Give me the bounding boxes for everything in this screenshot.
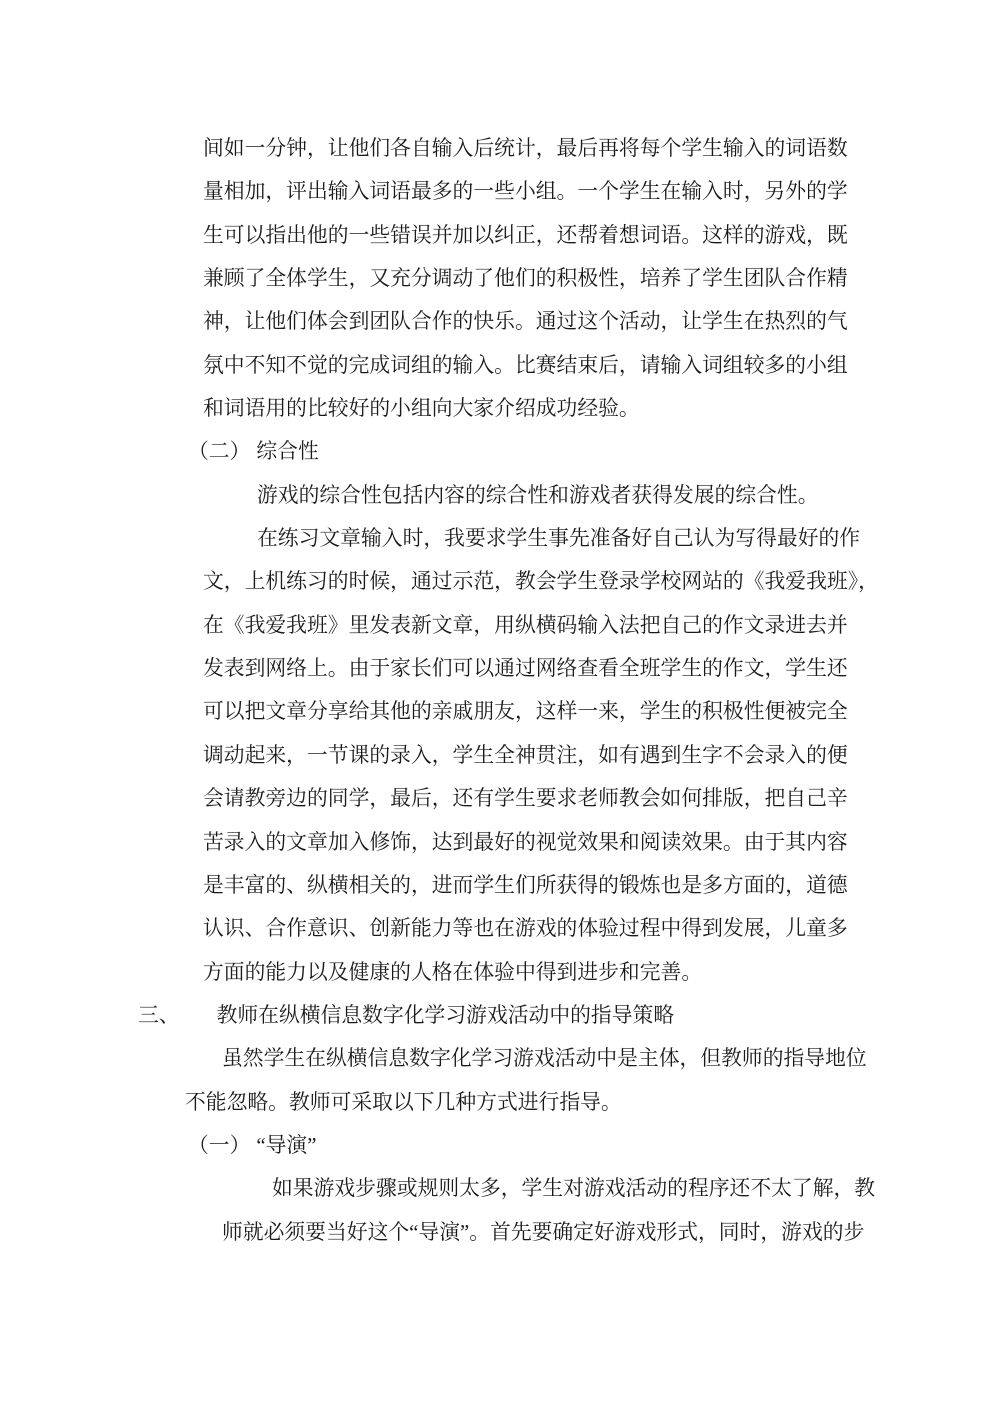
text-line: 文，上机练习的时候，通过示范，教会学生登录学校网站的《我爱我班》， xyxy=(0,560,992,603)
text-line: 发表到网络上。由于家长们可以通过网络查看全班学生的作文，学生还 xyxy=(0,647,992,690)
text-line: 方面的能力以及健康的人格在体验中得到进步和完善。 xyxy=(0,951,992,994)
text-line: 虽然学生在纵横信息数字化学习游戏活动中是主体，但教师的指导地位 xyxy=(0,1037,992,1080)
text-line: 在练习文章输入时，我要求学生事先准备好自己认为写得最好的作 xyxy=(0,517,992,560)
text-line: 调动起来，一节课的录入，学生全神贯注，如有遇到生字不会录入的便 xyxy=(0,734,992,777)
text-line: 生可以指出他的一些错误并加以纠正，还帮着想词语。这样的游戏，既 xyxy=(0,214,992,257)
text-line: 如果游戏步骤或规则太多，学生对游戏活动的程序还不太了解，教 xyxy=(0,1167,992,1210)
document-page: 间如一分钟，让他们各自输入后统计，最后再将每个学生输入的词语数量相加，评出输入词… xyxy=(0,0,992,1403)
text-line: 氛中不知不觉的完成词组的输入。比赛结束后，请输入词组较多的小组 xyxy=(0,344,992,387)
text-line: 会请教旁边的同学，最后，还有学生要求老师教会如何排版，把自己辛 xyxy=(0,777,992,820)
text-line: 师就必须要当好这个“导演”。首先要确定好游戏形式，同时，游戏的步 xyxy=(0,1211,992,1254)
heading-number: 三、 xyxy=(138,1004,180,1027)
text-line: 兼顾了全体学生，又充分调动了他们的积极性，培养了学生团队合作精 xyxy=(0,257,992,300)
text-line: 认识、合作意识、创新能力等也在游戏的体验过程中得到发展，儿童多 xyxy=(0,907,992,950)
text-line: 量相加，评出输入词语最多的一些小组。一个学生在输入时，另外的学 xyxy=(0,170,992,213)
text-line: 苦录入的文章加入修饰，达到最好的视觉效果和阅读效果。由于其内容 xyxy=(0,821,992,864)
text-line: 不能忽略。教师可采取以下几种方式进行指导。 xyxy=(0,1081,992,1124)
text-line: 神，让他们体会到团队合作的快乐。通过这个活动，让学生在热烈的气 xyxy=(0,300,992,343)
text-line: 游戏的综合性包括内容的综合性和游戏者获得发展的综合性。 xyxy=(0,474,992,517)
heading-line: （一）“导演” xyxy=(0,1124,992,1167)
heading-label: 综合性 xyxy=(256,440,318,463)
heading-label: 教师在纵横信息数字化学习游戏活动中的指导策略 xyxy=(217,1004,675,1027)
text-block: 间如一分钟，让他们各自输入后统计，最后再将每个学生输入的词语数量相加，评出输入词… xyxy=(0,127,992,1254)
heading-label: “导演” xyxy=(256,1134,316,1157)
text-line: 和词语用的比较好的小组向大家介绍成功经验。 xyxy=(0,387,992,430)
text-line: 是丰富的、纵横相关的，进而学生们所获得的锻炼也是多方面的，道德 xyxy=(0,864,992,907)
text-line: 可以把文章分享给其他的亲戚朋友，这样一来，学生的积极性便被完全 xyxy=(0,690,992,733)
heading-line: （二）综合性 xyxy=(0,430,992,473)
heading-number: （一） xyxy=(188,1134,250,1157)
text-line: 在《我爱我班》里发表新文章，用纵横码输入法把自己的作文录进去并 xyxy=(0,604,992,647)
heading-line: 三、教师在纵横信息数字化学习游戏活动中的指导策略 xyxy=(0,994,992,1037)
heading-number: （二） xyxy=(188,440,250,463)
text-line: 间如一分钟，让他们各自输入后统计，最后再将每个学生输入的词语数 xyxy=(0,127,992,170)
